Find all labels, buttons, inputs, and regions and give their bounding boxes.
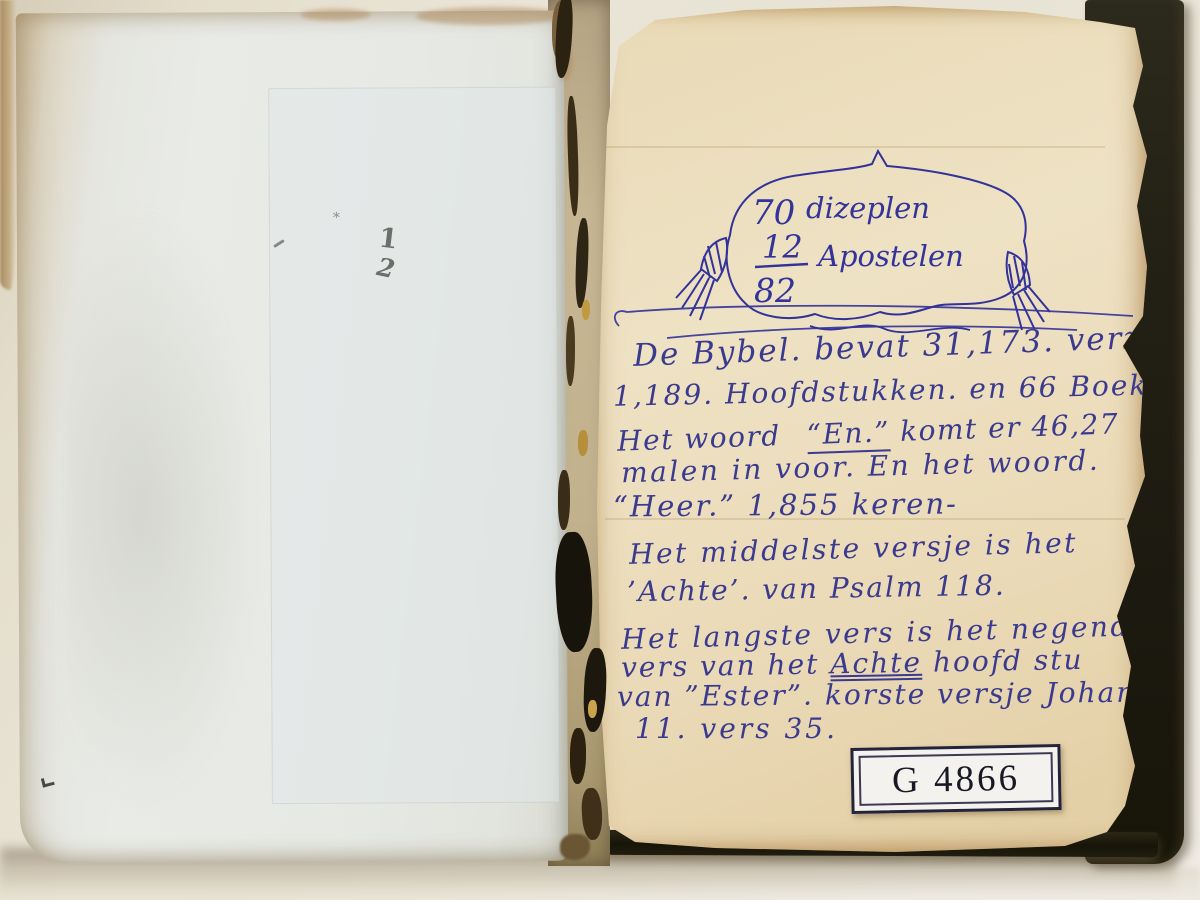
spine-fragment: [566, 316, 575, 386]
spine-fragment-gilt: [578, 430, 588, 456]
handwriting-line: 1,189. Hoofdstukken. en 66 Boeke: [613, 368, 1168, 413]
underlined-word-en: “En.”: [806, 415, 891, 454]
left-blank-page: ⁎ 1 2: [16, 11, 568, 864]
pencil-speck: ⁎: [333, 206, 340, 222]
handwriting-line: 11. vers 35.: [635, 712, 838, 745]
catalog-number: G 4866: [892, 756, 1021, 801]
pencil-mark-one: 1: [377, 223, 399, 256]
banner-count-apostles: 12: [762, 228, 803, 266]
plate-mark-impression: [268, 87, 560, 804]
banner-count-disciples: 70: [752, 193, 795, 233]
handwriting-line: “Heer.” 1,855 keren-: [613, 486, 958, 523]
foxing-stain: [301, 9, 371, 21]
previous-page-edge: [0, 0, 16, 290]
spine-fragment: [558, 470, 570, 530]
underlined-word-achte: Achte: [830, 646, 922, 681]
banner-word-disciples: dizeplen: [806, 191, 930, 225]
page-smudge: [63, 202, 266, 823]
photo-of-open-antique-book: ⁎ 1 2 70 dizeplen 12 Apostelen: [0, 0, 1200, 900]
foxing-stain: [416, 7, 566, 26]
handwriting-segment: komt er 46,27: [900, 407, 1120, 448]
spine-fragment-gilt: [582, 300, 590, 320]
catalog-label: G 4866: [850, 744, 1061, 814]
corner-ink-mark: [41, 776, 55, 788]
spine-fragment: [570, 728, 586, 784]
handwriting-segment: hoofd stu: [933, 643, 1084, 679]
label-inner-border: G 4866: [859, 752, 1054, 806]
handwriting-line: Het middelste versje is het: [629, 526, 1079, 571]
spine-fragment-gilt: [588, 700, 597, 718]
handwriting-line: ’Achte’. van Psalm 118.: [627, 569, 1006, 609]
right-flyleaf-page: 70 dizeplen 12 Apostelen 82 De Bybel. be…: [595, 6, 1150, 852]
spine-fragment: [560, 834, 590, 860]
banner-word-apostles: Apostelen: [815, 239, 964, 273]
handwriting-line: van ”Ester”. korste versje Johan: [617, 676, 1137, 714]
